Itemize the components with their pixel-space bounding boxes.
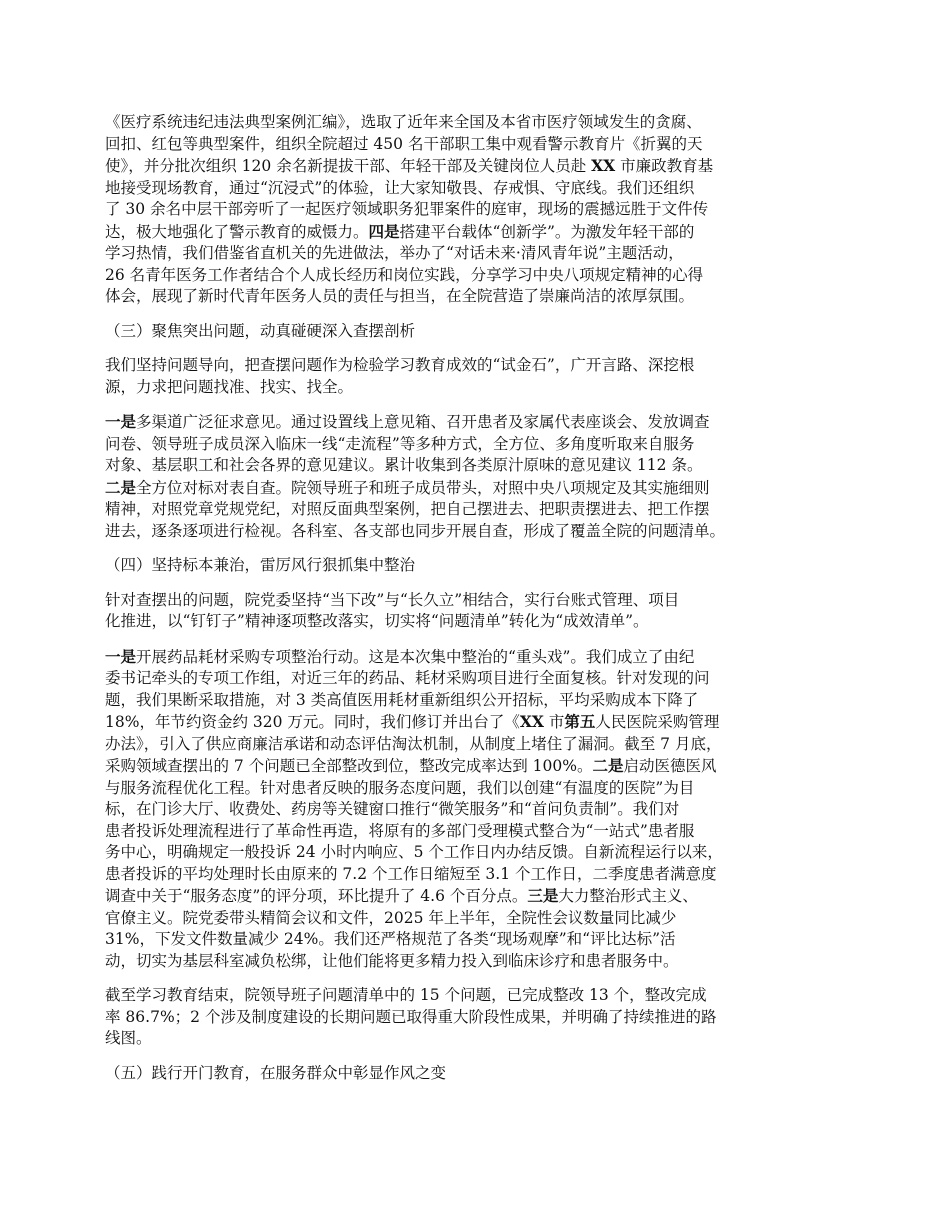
text-line: 学习热情，我们借鉴省直机关的先进做法，举办了“对话未来·清风青年说”主题活动， — [105, 243, 850, 265]
text-line: 标，在门诊大厅、收费处、药房等关键窗口推行“微笑服务”和“首问负责制”。我们对 — [105, 799, 850, 821]
text-line: 回扣、红包等典型案件，组织全院超过 450 名干部职工集中观看警示教育片《折翼的… — [105, 134, 850, 156]
text-line: 达，极大地强化了警示教育的威慑力。四是搭建平台载体“创新学”。为激发年轻干部的 — [105, 221, 850, 244]
text-line: 委书记牵头的专项工作组，对近三年的药品、耗材采购项目进行全面复核。针对发现的问 — [105, 668, 850, 690]
text-line: （五）践行开门教育，在服务群众中彰显作风之变 — [105, 1063, 850, 1085]
text-run: 化推进，以“钉钉子”精神逐项整改落实，切实将“问题清单”转化为“成效清单”。 — [105, 612, 649, 630]
section-heading: （三）聚焦突出问题，动真碰硬深入查摆剖析 — [105, 321, 850, 343]
text-line: （三）聚焦突出问题，动真碰硬深入查摆剖析 — [105, 321, 850, 343]
text-run: 31%，下发文件数量减少 24%。我们还严格规范了各类“现场观摩”和“评比达标”… — [105, 930, 676, 948]
body-paragraph: 针对查摆出的问题，院党委坚持“当下改”与“长久立”相结合，实行台账式管理、项目化… — [105, 590, 850, 633]
text-run: 线图。 — [105, 1029, 152, 1047]
text-line: 截至学习教育结束，院领导班子问题清单中的 15 个问题，已完成整改 13 个，整… — [105, 985, 850, 1007]
text-run: 务中心，明确规定一般投诉 24 小时内响应、5 个工作日内办结反馈。自新流程运行… — [105, 843, 723, 861]
text-run: 了 30 余名中层干部旁听了一起医疗领域职务犯罪案件的庭审，现场的震撼远胜于文件… — [105, 200, 708, 218]
text-run: 与服务流程优化工程。针对患者反映的服务态度问题，我们以创建“有温度的医院”为目 — [105, 779, 694, 797]
text-line: 题，我们果断采取措施，对 3 类高值医用耗材重新组织公开招标，平均采购成本下降了 — [105, 690, 850, 712]
body-paragraph: 《医疗系统违纪违法典型案例汇编》，选取了近年来全国及本省市医疗领域发生的贪腐、回… — [105, 112, 850, 308]
text-run: 患者投诉处理流程进行了革命性再造，将原有的多部门受理模式整合为“一站式”患者服 — [105, 822, 694, 840]
text-run: 截至学习教育结束，院领导班子问题清单中的 15 个问题，已完成整改 13 个，整… — [105, 986, 707, 1004]
text-run: （四）坚持标本兼治，雷厉风行狠抓集中整治 — [105, 556, 415, 574]
text-line: 务中心，明确规定一般投诉 24 小时内响应、5 个工作日内办结反馈。自新流程运行… — [105, 842, 850, 864]
emphasis-text: 三是 — [527, 886, 558, 905]
text-run: 官僚主义。院党委带头精简会议和文件，2025 年上半年，全院性会议数量同比减少 — [105, 909, 676, 927]
text-line: 《医疗系统违纪违法典型案例汇编》，选取了近年来全国及本省市医疗领域发生的贪腐、 — [105, 112, 850, 134]
text-run: 启动医德医风 — [623, 757, 716, 775]
text-line: 我们坚持问题导向，把查摆问题作为检验学习教育成效的“试金石”，广开言路、深挖根 — [105, 355, 850, 377]
emphasis-text: 四是 — [369, 222, 400, 241]
text-line: 26 名青年医务工作者结合个人成长经历和岗位实践，分享学习中央八项规定精神的心得 — [105, 265, 850, 287]
text-line: 线图。 — [105, 1028, 850, 1050]
text-run: 源，力求把问题找准、找实、找全。 — [105, 378, 353, 396]
text-run: 进去，逐条逐项进行检视。各科室、各支部也同步开展自查，形成了覆盖全院的问题清单。 — [105, 522, 725, 540]
text-line: 对象、基层职工和社会各界的意见建议。累计收集到各类原汁原味的意见建议 112 条… — [105, 455, 850, 477]
text-run: 多渠道广泛征求意见。通过设置线上意见箱、召开患者及家属代表座谈会、发放调查 — [136, 413, 710, 431]
text-run: 标，在门诊大厅、收费处、药房等关键窗口推行“微笑服务”和“首问负责制”。我们对 — [105, 800, 679, 818]
section-heading: （五）践行开门教育，在服务群众中彰显作风之变 — [105, 1063, 850, 1085]
body-paragraph: 我们坚持问题导向，把查摆问题作为检验学习教育成效的“试金石”，广开言路、深挖根源… — [105, 355, 850, 398]
emphasis-text: XX — [520, 712, 544, 731]
body-paragraph: 一是开展药品耗材采购专项整治行动。这是本次集中整治的“重头戏”。我们成立了由纪委… — [105, 646, 850, 973]
text-run: 针对查摆出的问题，院党委坚持“当下改”与“长久立”相结合，实行台账式管理、项目 — [105, 591, 679, 609]
text-run: 市廉政教育基 — [615, 157, 713, 175]
text-run: 学习热情，我们借鉴省直机关的先进做法，举办了“对话未来·清风青年说”主题活动， — [105, 244, 684, 262]
emphasis-text: 二是 — [105, 478, 136, 497]
text-line: 化推进，以“钉钉子”精神逐项整改落实，切实将“问题清单”转化为“成效清单”。 — [105, 611, 850, 633]
text-run: 大力整治形式主义、 — [558, 887, 698, 905]
text-run: 使》，并分批次组织 120 余名新提拔干部、年轻干部及关键岗位人员赴 — [105, 157, 591, 175]
text-run: 精神，对照党章党规党纪，对照反面典型案例，把自己摆进去、把职责摆进去、把工作摆 — [105, 500, 710, 518]
text-run: 委书记牵头的专项工作组，对近三年的药品、耗材采购项目进行全面复核。针对发现的问 — [105, 669, 710, 687]
text-line: 进去，逐条逐项进行检视。各科室、各支部也同步开展自查，形成了覆盖全院的问题清单。 — [105, 521, 850, 543]
text-run: 达，极大地强化了警示教育的威慑力。 — [105, 223, 369, 241]
text-line: 二是全方位对标对表自查。院领导班子和班子成员带头，对照中央八项规定及其实施细则 — [105, 477, 850, 500]
text-run: 我们坚持问题导向，把查摆问题作为检验学习教育成效的“试金石”，广开言路、深挖根 — [105, 356, 694, 374]
text-run: （三）聚焦突出问题，动真碰硬深入查摆剖析 — [105, 322, 415, 340]
section-heading: （四）坚持标本兼治，雷厉风行狠抓集中整治 — [105, 555, 850, 577]
emphasis-text: 一是 — [105, 647, 136, 666]
text-line: 针对查摆出的问题，院党委坚持“当下改”与“长久立”相结合，实行台账式管理、项目 — [105, 590, 850, 612]
text-line: 办法》，引入了供应商廉洁承诺和动态评估淘汰机制，从制度上堵住了漏洞。截至 7 月… — [105, 734, 850, 756]
text-line: 31%，下发文件数量减少 24%。我们还严格规范了各类“现场观摩”和“评比达标”… — [105, 929, 850, 951]
text-run: 26 名青年医务工作者结合个人成长经历和岗位实践，分享学习中央八项规定精神的心得 — [105, 266, 703, 284]
text-run: 18%，年节约资金约 320 万元。同时，我们修订并出台了《 — [105, 713, 520, 731]
text-line: 患者投诉处理流程进行了革命性再造，将原有的多部门受理模式整合为“一站式”患者服 — [105, 821, 850, 843]
text-line: 与服务流程优化工程。针对患者反映的服务态度问题，我们以创建“有温度的医院”为目 — [105, 778, 850, 800]
text-line: 地接受现场教育，通过“沉浸式”的体验，让大家知敬畏、存戒惧、守底线。我们还组织 — [105, 178, 850, 200]
text-line: 使》，并分批次组织 120 余名新提拔干部、年轻干部及关键岗位人员赴 XX 市廉… — [105, 155, 850, 178]
text-run: 问卷、领导班子成员深入临床一线“走流程”等多种方式，全方位、多角度听取来自服务 — [105, 435, 694, 453]
text-run: 体会，展现了新时代青年医务人员的责任与担当，在全院营造了崇廉尚洁的浓厚氛围。 — [105, 287, 694, 305]
text-run: 题，我们果断采取措施，对 3 类高值医用耗材重新组织公开招标，平均采购成本下降了 — [105, 691, 698, 709]
emphasis-text: 二是 — [592, 756, 623, 775]
emphasis-text: 第五 — [564, 712, 595, 731]
text-run: 办法》，引入了供应商廉洁承诺和动态评估淘汰机制，从制度上堵住了漏洞。截至 7 月… — [105, 735, 721, 753]
text-run: 人民医院采购管理 — [595, 713, 719, 731]
text-run: 回扣、红包等典型案件，组织全院超过 450 名干部职工集中观看警示教育片《折翼的… — [105, 135, 702, 153]
text-line: 源，力求把问题找准、找实、找全。 — [105, 377, 850, 399]
text-run: （五）践行开门教育，在服务群众中彰显作风之变 — [105, 1064, 446, 1082]
text-line: 体会，展现了新时代青年医务人员的责任与担当，在全院营造了崇廉尚洁的浓厚氛围。 — [105, 286, 850, 308]
text-run: 开展药品耗材采购专项整治行动。这是本次集中整治的“重头戏”。我们成立了由纪 — [136, 648, 694, 666]
text-line: 问卷、领导班子成员深入临床一线“走流程”等多种方式，全方位、多角度听取来自服务 — [105, 434, 850, 456]
text-line: 率 86.7%；2 个涉及制度建设的长期问题已取得重大阶段性成果，并明确了持续推… — [105, 1007, 850, 1029]
text-line: 了 30 余名中层干部旁听了一起医疗领域职务犯罪案件的庭审，现场的震撼远胜于文件… — [105, 199, 850, 221]
text-line: 精神，对照党章党规党纪，对照反面典型案例，把自己摆进去、把职责摆进去、把工作摆 — [105, 499, 850, 521]
text-run: 《医疗系统违纪违法典型案例汇编》，选取了近年来全国及本省市医疗领域发生的贪腐、 — [105, 113, 702, 131]
text-line: 一是多渠道广泛征求意见。通过设置线上意见箱、召开患者及家属代表座谈会、发放调查 — [105, 411, 850, 434]
text-run: 率 86.7%；2 个涉及制度建设的长期问题已取得重大阶段性成果，并明确了持续推… — [105, 1008, 716, 1026]
body-paragraph: 截至学习教育结束，院领导班子问题清单中的 15 个问题，已完成整改 13 个，整… — [105, 985, 850, 1050]
text-line: 调查中关于“服务态度”的评分项，环比提升了 4.6 个百分点。三是大力整治形式主… — [105, 885, 850, 908]
text-line: （四）坚持标本兼治，雷厉风行狠抓集中整治 — [105, 555, 850, 577]
text-line: 18%，年节约资金约 320 万元。同时，我们修订并出台了《XX 市第五人民医院… — [105, 711, 850, 734]
text-run: 采购领域查摆出的 7 个问题已全部整改到位，整改完成率达到 100%。 — [105, 757, 592, 775]
text-run: 搭建平台载体“创新学”。为激发年轻干部的 — [400, 223, 695, 241]
text-run: 动，切实为基层科室减负松绑，让他们能将更多精力投入到临床诊疗和患者服务中。 — [105, 952, 679, 970]
emphasis-text: 一是 — [105, 412, 136, 431]
text-line: 患者投诉的平均处理时长由原来的 7.2 个工作日缩短至 3.1 个工作日，二季度… — [105, 864, 850, 886]
text-line: 官僚主义。院党委带头精简会议和文件，2025 年上半年，全院性会议数量同比减少 — [105, 908, 850, 930]
text-run: 对象、基层职工和社会各界的意见建议。累计收集到各类原汁原味的意见建议 112 条… — [105, 456, 702, 474]
text-line: 采购领域查摆出的 7 个问题已全部整改到位，整改完成率达到 100%。二是启动医… — [105, 755, 850, 778]
text-run: 全方位对标对表自查。院领导班子和班子成员带头，对照中央八项规定及其实施细则 — [136, 479, 710, 497]
text-line: 动，切实为基层科室减负松绑，让他们能将更多精力投入到临床诊疗和患者服务中。 — [105, 951, 850, 973]
emphasis-text: XX — [591, 156, 615, 175]
document-page: 《医疗系统违纪违法典型案例汇编》，选取了近年来全国及本省市医疗领域发生的贪腐、回… — [105, 112, 850, 1097]
text-run: 地接受现场教育，通过“沉浸式”的体验，让大家知敬畏、存戒惧、守底线。我们还组织 — [105, 179, 694, 197]
body-paragraph: 一是多渠道广泛征求意见。通过设置线上意见箱、召开患者及家属代表座谈会、发放调查问… — [105, 411, 850, 542]
text-run: 患者投诉的平均处理时长由原来的 7.2 个工作日缩短至 3.1 个工作日，二季度… — [105, 865, 717, 883]
text-run: 调查中关于“服务态度”的评分项，环比提升了 4.6 个百分点。 — [105, 887, 527, 905]
text-run: 市 — [544, 713, 564, 731]
text-line: 一是开展药品耗材采购专项整治行动。这是本次集中整治的“重头戏”。我们成立了由纪 — [105, 646, 850, 669]
